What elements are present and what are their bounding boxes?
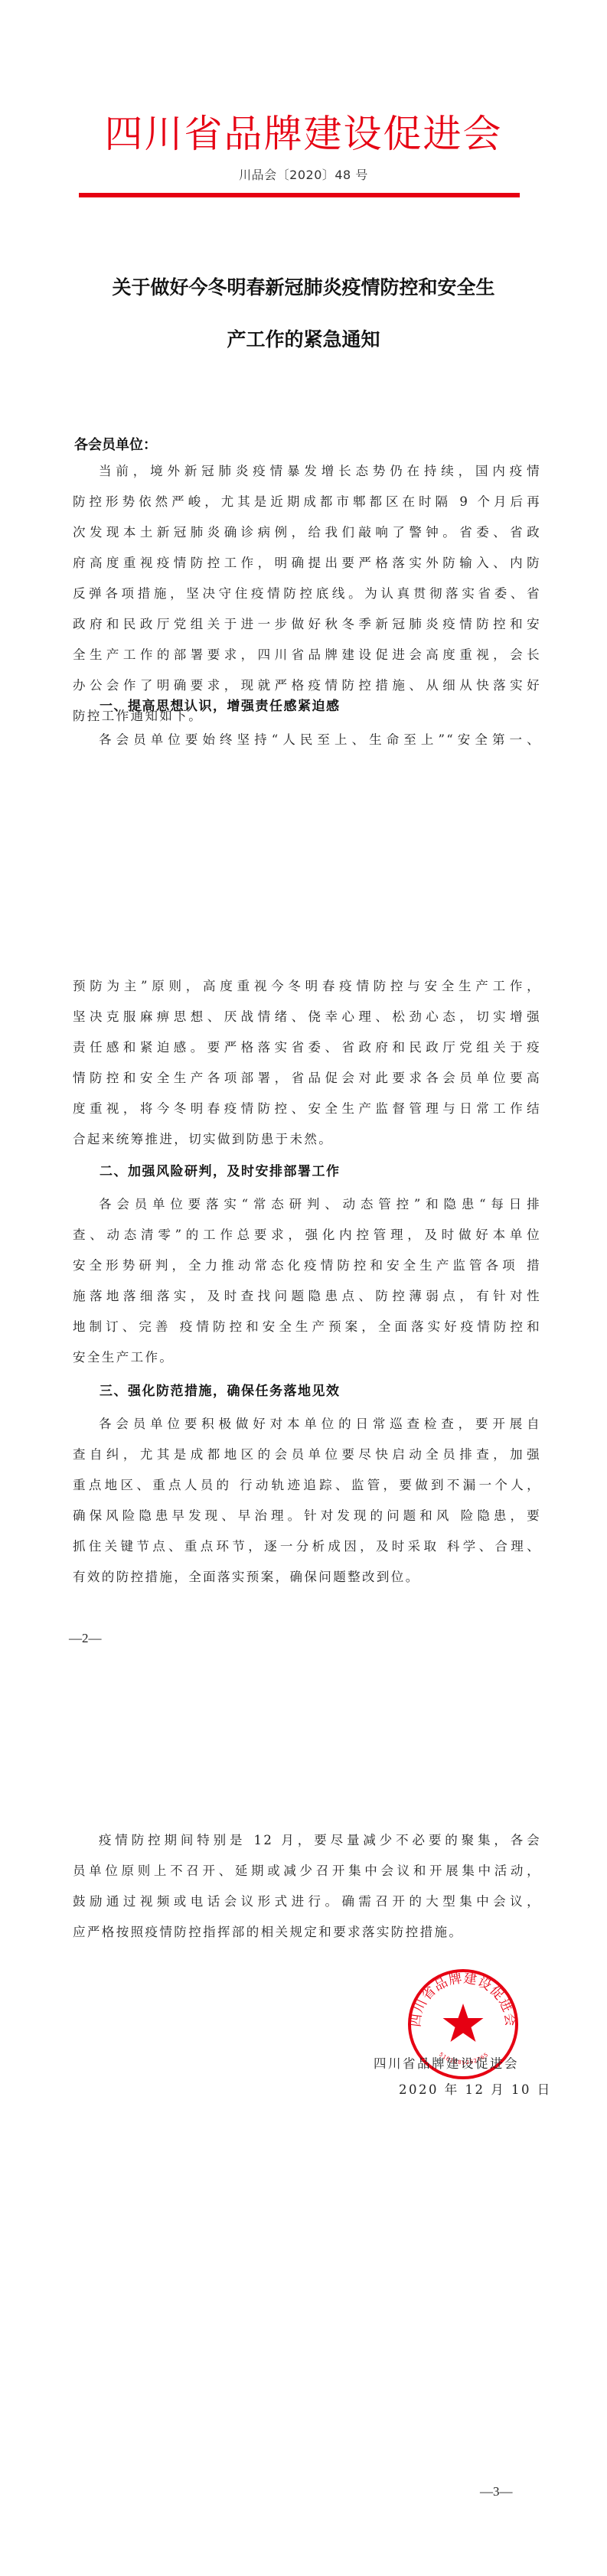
closing-paragraph: 疫情防控期间特别是 12 月，要尽量减少不必要的聚集，各会 员单位原则上不召开、…	[73, 1825, 541, 1948]
letterhead-divider	[79, 193, 520, 197]
org-letterhead-title: 四川省品牌建设促进会	[0, 107, 607, 161]
text-line: 次发现本土新冠肺炎确诊病例，给我们敲响了警钟。省委、省政	[73, 517, 541, 548]
text-line: 应严格按照疫情防控指挥部的相关规定和要求落实防控措施。	[73, 1917, 541, 1948]
text-line: 防控形势依然严峻，尤其是近期成都市郫都区在时隔 9 个月后再	[73, 487, 541, 517]
text-line: 各会员单位要积极做好对本单位的日常巡查检查，要开展自	[73, 1409, 541, 1440]
text-line: 度重视，将今冬明春疫情防控、安全生产监督管理与日常工作结	[73, 1094, 541, 1124]
text-line: 疫情防控期间特别是 12 月，要尽量减少不必要的聚集，各会	[73, 1825, 541, 1856]
section-heading-2: 二、加强风险研判，及时安排部署工作	[100, 1160, 341, 1179]
section-1-paragraph-page2: 预防为主”原则，高度重视今冬明春疫情防控与安全生产工作， 坚决克服麻痹思想、厌战…	[73, 971, 541, 1155]
text-line: 坚决克服麻痹思想、厌战情绪、侥幸心理、松劲心态，切实增强	[73, 1002, 541, 1032]
star-icon	[443, 2004, 484, 2042]
text-line: 鼓励通过视频或电话会议形式进行。确需召开的大型集中会议，	[73, 1886, 541, 1917]
text-line: 情防控和安全生产各项部署，省品促会对此要求各会员单位要高	[73, 1063, 541, 1094]
text-line: 安全生产工作。	[73, 1342, 541, 1373]
signature-date: 2020 年 12 月 10 日	[399, 2079, 552, 2098]
document-title-line-1: 关于做好今冬明春新冠肺炎疫情防控和安全生	[46, 262, 561, 314]
signature-org: 四川省品牌建设促进会	[374, 2053, 519, 2072]
text-line: 抓住关键节点、重点环节，逐一分析成因，及时采取 科学、合理、	[73, 1531, 541, 1562]
text-line: 查自纠，尤其是成都地区的会员单位要尽快启动全员排查，加强	[73, 1440, 541, 1470]
text-line: 政府和民政厅党组关于进一步做好秋冬季新冠肺炎疫情防控和安	[73, 609, 541, 640]
section-heading-1: 一、提高思想认识，增强责任感紧迫感	[100, 695, 341, 714]
text-line: 合起来统筹推进，切实做到防患于未然。	[73, 1124, 541, 1155]
text-line: 安全形势研判，全力推动常态化疫情防控和安全生产监管各项 措	[73, 1251, 541, 1281]
section-3-paragraph: 各会员单位要积极做好对本单位的日常巡查检查，要开展自 查自纠，尤其是成都地区的会…	[73, 1409, 541, 1593]
text-line: 府高度重视疫情防控工作，明确提出要严格落实外防输入、内防	[73, 548, 541, 579]
text-line: 有效的防控措施，全面落实预案，确保问题整改到位。	[73, 1562, 541, 1593]
text-line: 当前，境外新冠肺炎疫情暴发增长态势仍在持续，国内疫情	[73, 456, 541, 487]
document-title: 关于做好今冬明春新冠肺炎疫情防控和安全生 产工作的紧急通知	[46, 262, 561, 366]
section-1-paragraph-page1: 各会员单位要始终坚持“人民至上、生命至上”“安全第一、	[73, 725, 541, 755]
text-line: 员单位原则上不召开、延期或减少召开集中会议和开展集中活动，	[73, 1856, 541, 1886]
text-line: 各会员单位要始终坚持“人民至上、生命至上”“安全第一、	[73, 725, 541, 755]
section-2-paragraph: 各会员单位要落实“常态研判、动态管控”和隐患“每日排 查、动态清零”的工作总要求…	[73, 1189, 541, 1373]
text-line: 施落地落细落实，及时查找问题隐患点、防控薄弱点，有针对性	[73, 1281, 541, 1312]
text-line: 预防为主”原则，高度重视今冬明春疫情防控与安全生产工作，	[73, 971, 541, 1002]
text-line: 责任感和紧迫感。要严格落实省委、省政府和民政厅党组关于疫	[73, 1032, 541, 1063]
text-line: 反弹各项措施，坚决守住疫情防控底线。为认真贯彻落实省委、省	[73, 579, 541, 609]
page-number-2: —2—	[69, 1631, 102, 1646]
section-heading-3: 三、强化防范措施，确保任务落地见效	[100, 1380, 341, 1399]
document-title-line-2: 产工作的紧急通知	[46, 314, 561, 366]
text-line: 地制订、完善 疫情防控和安全生产预案，全面落实好疫情防控和	[73, 1312, 541, 1342]
text-line: 查、动态清零”的工作总要求，强化内控管理，及时做好本单位	[73, 1220, 541, 1251]
salutation: 各会员单位：	[74, 434, 157, 454]
text-line: 各会员单位要落实“常态研判、动态管控”和隐患“每日排	[73, 1189, 541, 1220]
intro-paragraph: 当前，境外新冠肺炎疫情暴发增长态势仍在持续，国内疫情 防控形势依然严峻，尤其是近…	[73, 456, 541, 732]
text-line: 全生产工作的部署要求，四川省品牌建设促进会高度重视，会长	[73, 640, 541, 670]
document-number: 川品会〔2020〕48 号	[0, 165, 607, 183]
text-line: 确保风险隐患早发现、早治理。针对发现的问题和风 险隐患，要	[73, 1501, 541, 1531]
text-line: 重点地区、重点人员的 行动轨迹追踪、监管，要做到不漏一个人，	[73, 1470, 541, 1501]
page-number-3: —3—	[480, 2484, 513, 2499]
